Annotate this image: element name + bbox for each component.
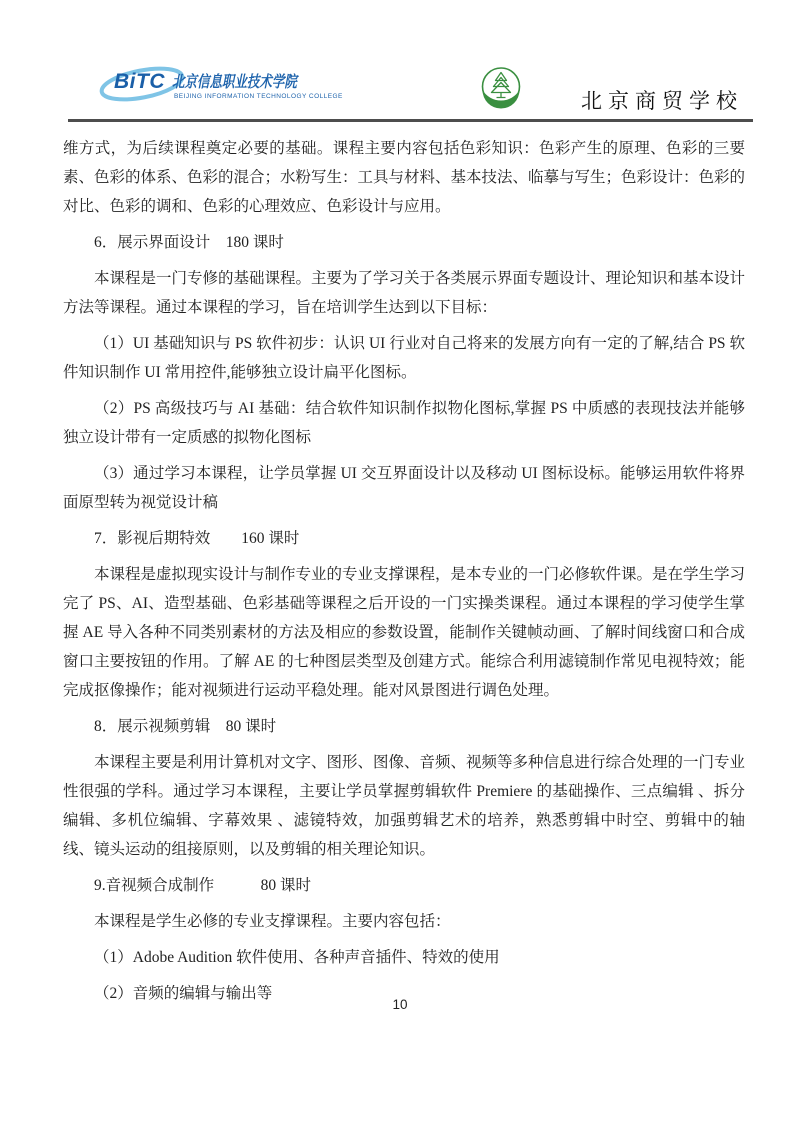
paragraph-course-6-intro: 本课程是一门专修的基础课程。主要为了学习关于各类展示界面专题设计、理论知识和基本… — [63, 264, 745, 322]
paragraph-course-8-intro: 本课程主要是利用计算机对文字、图形、图像、音频、视频等多种信息进行综合处理的一门… — [63, 748, 745, 864]
paragraph-color-course-continuation: 维方式，为后续课程奠定必要的基础。课程主要内容包括色彩知识：色彩产生的原理、色彩… — [63, 134, 745, 221]
bitc-logo: BiTC 北京信息职业技术学院 BEIJING INFORMATION TECH… — [98, 60, 428, 112]
section-heading-9-audio-video-compositing: 9.音视频合成制作 80 课时 — [63, 871, 745, 900]
bitc-abbr: BiTC — [114, 70, 165, 94]
paragraph-course-7-intro: 本课程是虚拟现实设计与制作专业的专业支撑课程，是本专业的一门必修软件课。是在学生… — [63, 560, 745, 705]
bitc-college-name-cn: 北京信息职业技术学院 — [172, 69, 320, 92]
document-page: BiTC 北京信息职业技术学院 BEIJING INFORMATION TECH… — [0, 0, 800, 1131]
list-item-6-2: （2）PS 高级技巧与 AI 基础：结合软件知识制作拟物化图标,掌握 PS 中质… — [63, 394, 745, 452]
section-heading-8-video-editing: 8．展示视频剪辑 80 课时 — [63, 712, 745, 741]
bitc-college-name-en: BEIJING INFORMATION TECHNOLOGY COLLEGE — [174, 93, 343, 100]
list-item-9-1: （1）Adobe Audition 软件使用、各种声音插件、特效的使用 — [63, 943, 745, 972]
document-body: 维方式，为后续课程奠定必要的基础。课程主要内容包括色彩知识：色彩产生的原理、色彩… — [63, 134, 745, 1008]
paragraph-course-9-intro: 本课程是学生必修的专业支撑课程。主要内容包括： — [63, 907, 745, 936]
section-heading-7-post-production-effects: 7．影视后期特效 160 课时 — [63, 524, 745, 553]
header-divider — [68, 119, 753, 122]
list-item-6-3: （3）通过学习本课程，让学员掌握 UI 交互界面设计以及移动 UI 图标设标。能… — [63, 459, 745, 517]
tree-emblem-icon — [478, 65, 524, 115]
section-heading-6-display-interface-design: 6．展示界面设计 180 课时 — [63, 228, 745, 257]
list-item-6-1: （1）UI 基础知识与 PS 软件初步：认识 UI 行业对自己将来的发展方向有一… — [63, 329, 745, 387]
page-number: 10 — [0, 997, 800, 1012]
school-name: 北京商贸学校 — [581, 85, 743, 115]
